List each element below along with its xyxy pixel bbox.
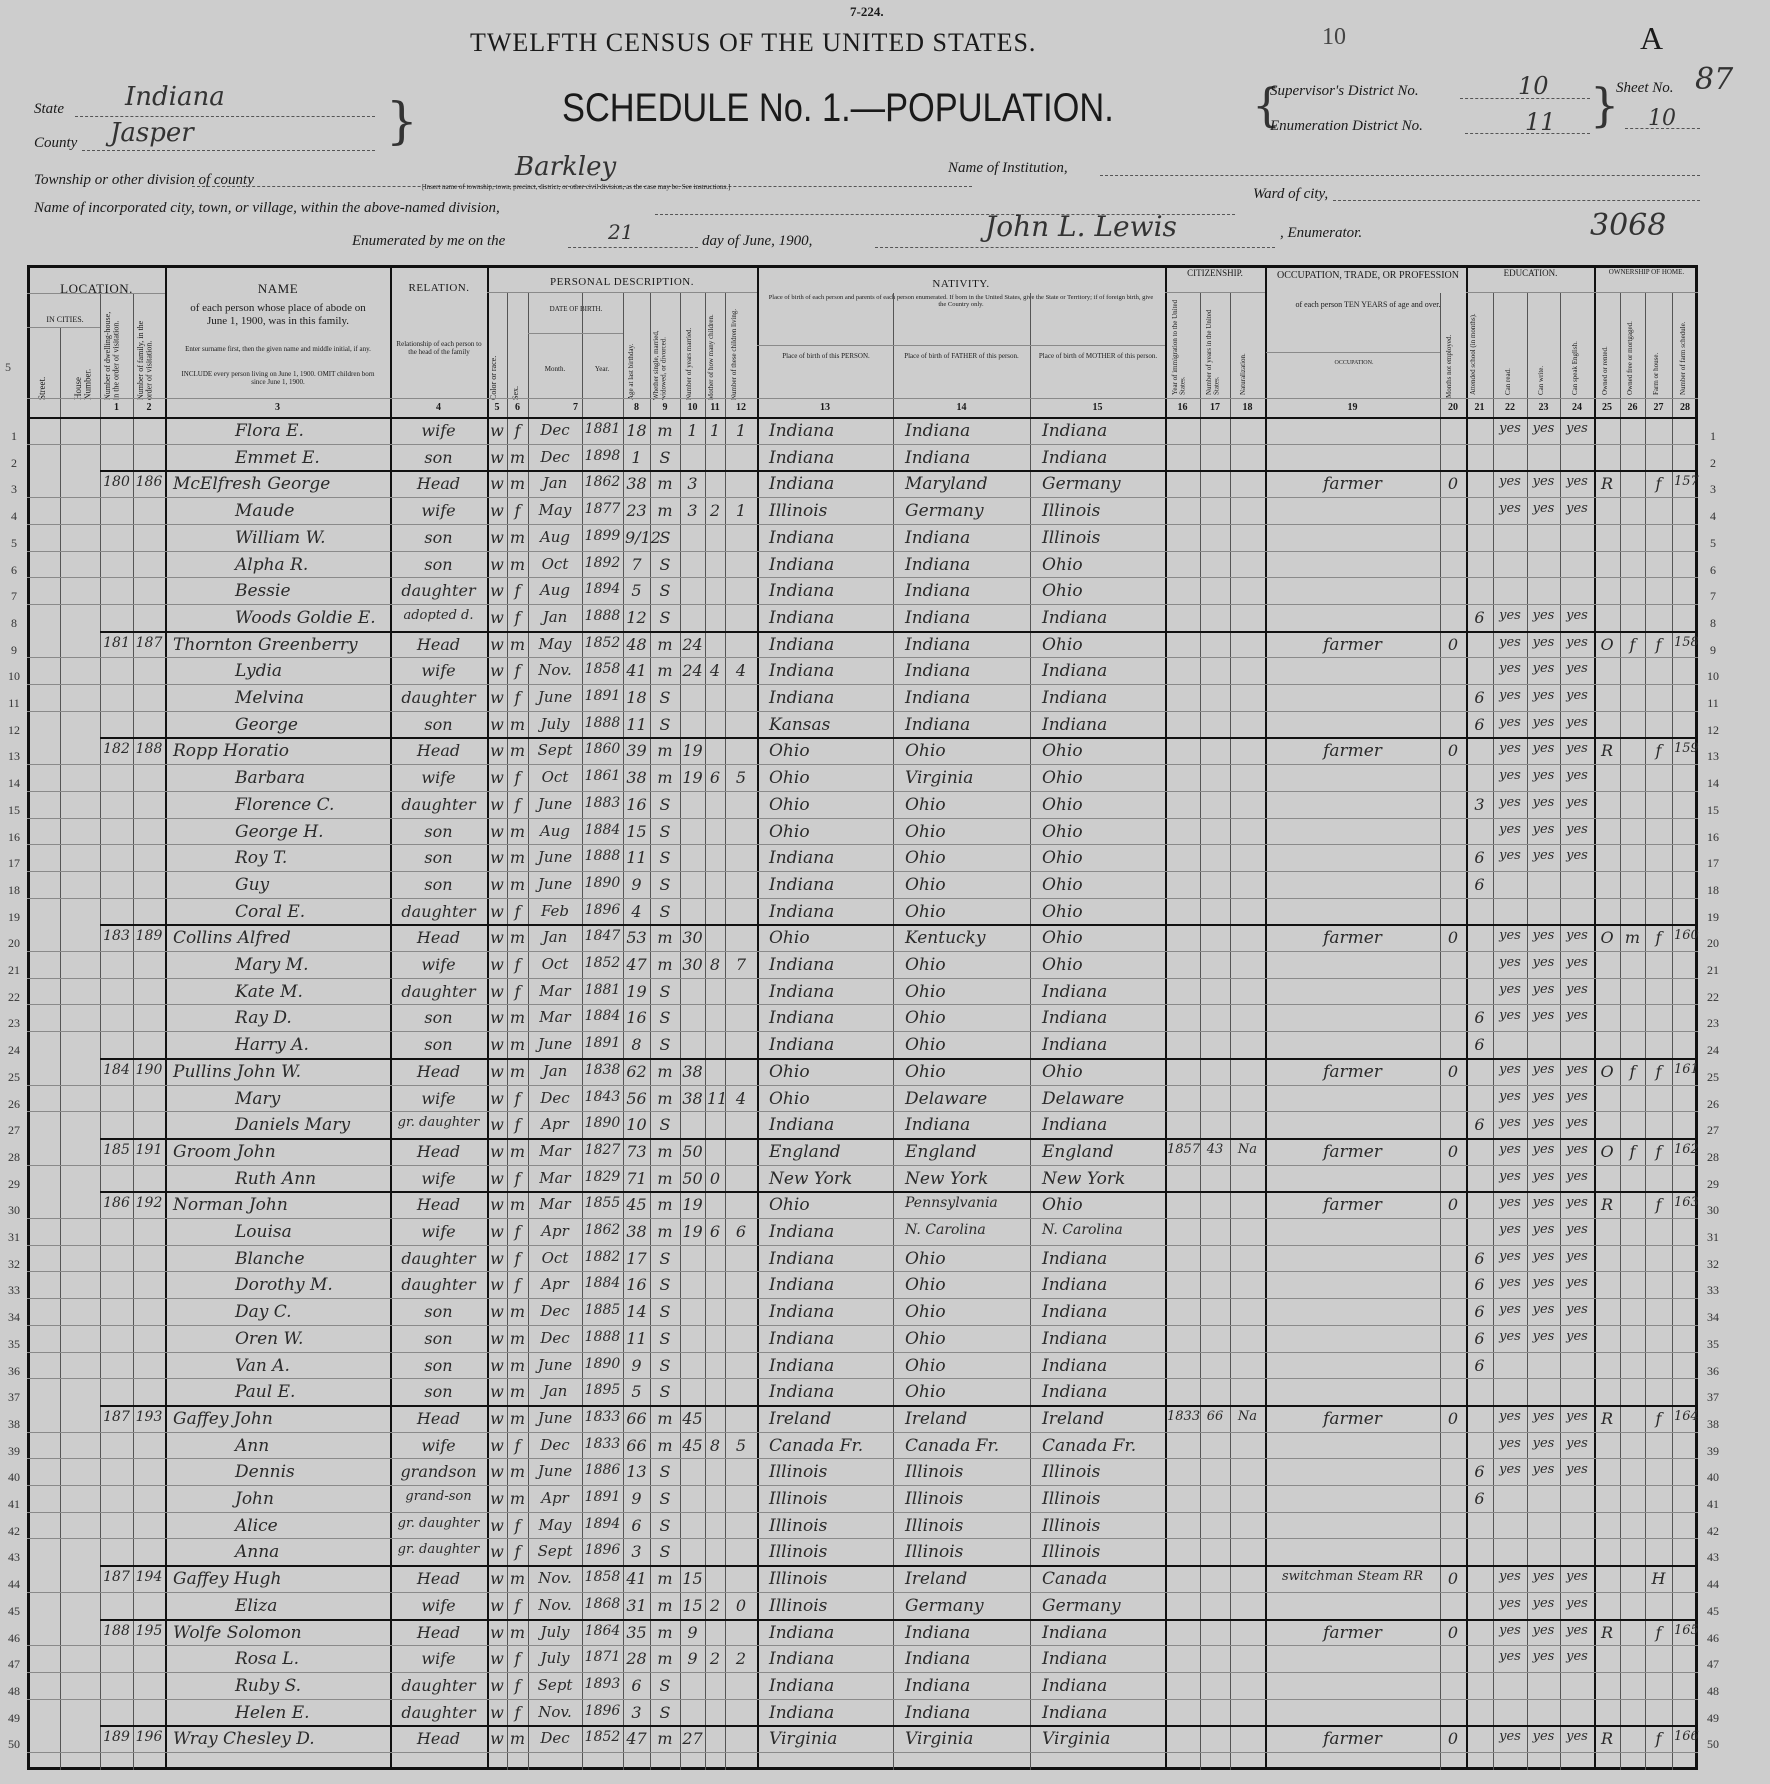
- cell-bf: Indiana: [905, 555, 1038, 575]
- cell-year: 1855: [584, 1195, 621, 1211]
- cell-sex: f: [509, 1249, 526, 1268]
- cell-color: w: [489, 1329, 505, 1348]
- cell-farm: f: [1647, 928, 1670, 947]
- hdr-relation-desc: Relationship of each person to the head …: [393, 340, 485, 356]
- cell-bp: Ohio: [769, 1089, 901, 1109]
- cell-month: Jan: [530, 1382, 580, 1400]
- cell-bp: Indiana: [769, 982, 901, 1002]
- cell-color: w: [489, 982, 505, 1001]
- cell-sched: 159: [1674, 741, 1696, 756]
- cell-bp: Indiana: [769, 528, 901, 548]
- cell-write: yes: [1529, 661, 1558, 676]
- cell-year: 1861: [584, 768, 621, 784]
- cell-age: 11: [625, 1329, 648, 1348]
- cell-sex: f: [509, 1089, 526, 1108]
- cell-read: yes: [1495, 1222, 1525, 1237]
- cell-bp: Ohio: [769, 768, 901, 788]
- cell-age: 17: [625, 1249, 648, 1268]
- cell-read: yes: [1495, 741, 1525, 756]
- cell-rel: gr. daughter: [392, 1542, 485, 1557]
- cell-occ: farmer: [1267, 1062, 1438, 1082]
- cell-month: Dec: [530, 421, 580, 439]
- row-number-left: 1: [4, 429, 24, 444]
- cell-own: O: [1596, 1062, 1618, 1081]
- cell-bm: Indiana: [1042, 1008, 1173, 1028]
- cell-bf: Ohio: [905, 1062, 1038, 1082]
- cell-bf: Ohio: [905, 1302, 1038, 1322]
- cell-sch: 6: [1468, 1035, 1491, 1054]
- stamp-number: 10: [1322, 24, 1346, 51]
- cell-dw: 182: [102, 741, 131, 757]
- header-divider: [27, 398, 1698, 399]
- cell-ym: 27: [682, 1729, 703, 1748]
- hdr-years-married: Number of years married.: [686, 305, 693, 400]
- cell-mother: 8: [707, 955, 723, 974]
- county-underline: [82, 150, 375, 151]
- cell-bm: Ohio: [1042, 1062, 1173, 1082]
- cell-mar: S: [652, 1008, 678, 1027]
- cell-color: w: [489, 474, 505, 493]
- cell-month: Nov.: [530, 1596, 580, 1614]
- cell-mar: S: [652, 1356, 678, 1375]
- cell-bm: Indiana: [1042, 982, 1173, 1002]
- cell-mne: 0: [1442, 741, 1464, 760]
- cell-bf: Kentucky: [905, 928, 1038, 948]
- cell-color: w: [489, 421, 505, 440]
- cell-age: 5: [625, 581, 648, 600]
- cell-color: w: [489, 1516, 505, 1535]
- cell-bf: Indiana: [905, 448, 1038, 468]
- cell-sex: m: [509, 875, 526, 894]
- cell-color: w: [489, 501, 505, 520]
- cell-name: Collins Alfred: [173, 928, 388, 948]
- sheet-letter: A: [1640, 20, 1663, 57]
- brace: }: [386, 92, 418, 150]
- cell-age: 13: [625, 1462, 648, 1481]
- cell-write: yes: [1529, 982, 1558, 997]
- cell-eng: yes: [1562, 768, 1592, 783]
- cell-bm: N. Carolina: [1042, 1222, 1173, 1238]
- cell-bp: Indiana: [769, 474, 901, 494]
- cell-sex: m: [509, 822, 526, 841]
- cell-rel: Head: [392, 1569, 485, 1588]
- row-divider: [27, 1485, 1698, 1486]
- cell-mother: 1: [707, 421, 723, 440]
- cell-sex: f: [509, 1222, 526, 1241]
- cell-month: Sept: [530, 741, 580, 759]
- cell-bp: Indiana: [769, 608, 901, 628]
- cell-bp: Canada Fr.: [769, 1436, 901, 1456]
- column-number: 10: [680, 402, 705, 413]
- cell-name: Ropp Horatio: [173, 741, 388, 761]
- cell-bf: Delaware: [905, 1089, 1038, 1109]
- cell-occ: farmer: [1267, 1195, 1438, 1215]
- cell-farm: f: [1647, 741, 1670, 760]
- cell-color: w: [489, 581, 505, 600]
- cell-read: yes: [1495, 1436, 1525, 1451]
- cell-year: 1894: [584, 581, 621, 597]
- cell-month: July: [530, 1623, 580, 1641]
- cell-write: yes: [1529, 1008, 1558, 1023]
- cell-bf: Indiana: [905, 1623, 1038, 1643]
- supervisor-value: 10: [1518, 72, 1549, 100]
- cell-month: Mar: [530, 1169, 580, 1187]
- row-number-right: 43: [1703, 1550, 1723, 1565]
- cell-read: yes: [1495, 928, 1525, 943]
- cell-eng: yes: [1562, 474, 1592, 489]
- cell-month: May: [530, 501, 580, 519]
- row-divider: [27, 1085, 1698, 1086]
- cell-color: w: [489, 1302, 505, 1321]
- cell-bf: Illinois: [905, 1489, 1038, 1509]
- cell-bp: Indiana: [769, 1649, 901, 1669]
- cell-name: Thornton Greenberry: [173, 635, 388, 655]
- cell-eng: yes: [1562, 1596, 1592, 1611]
- cell-fam: 191: [135, 1142, 163, 1158]
- cell-rel: daughter: [392, 1676, 485, 1695]
- cell-sex: m: [509, 555, 526, 574]
- cell-sex: m: [509, 928, 526, 947]
- row-number-left: 24: [4, 1043, 24, 1058]
- cell-eng: yes: [1562, 1329, 1592, 1344]
- state-underline: [75, 116, 375, 117]
- cell-farm: f: [1647, 1409, 1670, 1428]
- cell-month: Apr: [530, 1275, 580, 1293]
- cell-sch: 6: [1468, 1302, 1491, 1321]
- cell-dw: 184: [102, 1062, 131, 1078]
- cell-ym: 30: [682, 955, 703, 974]
- hdr-occupation-desc: of each person TEN YEARS of age and over…: [1268, 300, 1468, 309]
- column-number: 4: [390, 402, 487, 413]
- cell-write: yes: [1529, 688, 1558, 703]
- cell-farm: f: [1647, 1142, 1670, 1161]
- cell-mar: m: [652, 1062, 678, 1081]
- cell-bp: Ohio: [769, 1195, 901, 1215]
- cell-sex: m: [509, 528, 526, 547]
- cell-sch: 6: [1468, 1329, 1491, 1348]
- hdr-can-speak-english: Can speak English.: [1572, 310, 1579, 395]
- row-number-right: 47: [1703, 1657, 1723, 1672]
- row-number-right: 20: [1703, 936, 1723, 951]
- margin-number: 3068: [1590, 208, 1666, 243]
- cell-age: 9: [625, 875, 648, 894]
- cell-mar: m: [652, 1569, 678, 1588]
- cell-bp: Indiana: [769, 1249, 901, 1269]
- cell-age: 16: [625, 1008, 648, 1027]
- cell-eng: yes: [1562, 1436, 1592, 1451]
- cell-bp: Illinois: [769, 501, 901, 521]
- cell-bm: Delaware: [1042, 1089, 1173, 1109]
- cell-mar: S: [652, 1542, 678, 1561]
- header-divider: [27, 293, 165, 294]
- cell-write: yes: [1529, 1249, 1558, 1264]
- cell-bf: Illinois: [905, 1462, 1038, 1482]
- cell-ym: 19: [682, 1195, 703, 1214]
- cell-age: 9: [625, 1356, 648, 1375]
- cell-sex: m: [509, 715, 526, 734]
- cell-eng: yes: [1562, 1249, 1592, 1264]
- cell-bm: Indiana: [1042, 715, 1173, 735]
- cell-mar: S: [652, 1302, 678, 1321]
- cell-rel: daughter: [392, 902, 485, 921]
- row-number-right: 35: [1703, 1337, 1723, 1352]
- cell-bm: Indiana: [1042, 1703, 1173, 1723]
- column-divider: [757, 265, 759, 1770]
- row-number-right: 9: [1703, 643, 1723, 658]
- cell-bf: Ohio: [905, 1382, 1038, 1402]
- row-number-right: 8: [1703, 616, 1723, 631]
- cell-month: Feb: [530, 902, 580, 920]
- row-divider: [27, 871, 1698, 872]
- row-number-left: 2: [4, 456, 24, 471]
- row-divider: [100, 1565, 1698, 1567]
- cell-mother: 8: [707, 1436, 723, 1455]
- cell-age: 12: [625, 608, 648, 627]
- county-value: Jasper: [110, 118, 194, 148]
- cell-mar: m: [652, 421, 678, 440]
- row-number-left: 28: [4, 1150, 24, 1165]
- enumerator-name: John L. Lewis: [985, 210, 1177, 243]
- cell-ym: 19: [682, 1222, 703, 1241]
- cell-rel: son: [392, 1008, 485, 1027]
- cell-read: yes: [1495, 982, 1525, 997]
- cell-color: w: [489, 741, 505, 760]
- cell-mar: m: [652, 1169, 678, 1188]
- cell-read: yes: [1495, 1089, 1525, 1104]
- township-note: [Insert name of township, town, precinct…: [422, 183, 730, 191]
- hdr-name-desc: of each person whose place of abode on J…: [180, 302, 376, 327]
- enumeration-label: Enumeration District No.: [1270, 118, 1423, 135]
- cell-sex: f: [509, 1115, 526, 1134]
- census-sheet: 7-224. TWELFTH CENSUS OF THE UNITED STAT…: [0, 0, 1770, 1784]
- cell-write: yes: [1529, 1596, 1558, 1611]
- cell-mar: m: [652, 661, 678, 680]
- cell-mar: S: [652, 795, 678, 814]
- cell-write: yes: [1529, 1169, 1558, 1184]
- header-divider: [1266, 352, 1440, 353]
- cell-color: w: [489, 1729, 505, 1748]
- cell-month: Dec: [530, 1329, 580, 1347]
- cell-mne: 0: [1442, 474, 1464, 493]
- cell-sched: 158: [1674, 635, 1696, 650]
- row-number-left: 37: [4, 1390, 24, 1405]
- cell-occ: farmer: [1267, 1142, 1438, 1162]
- cell-month: Apr: [530, 1489, 580, 1507]
- cell-fam: 188: [135, 741, 163, 757]
- cell-sex: m: [509, 1569, 526, 1588]
- cell-mne: 0: [1442, 1569, 1464, 1588]
- row-number-left: 17: [4, 856, 24, 871]
- cell-bp: Illinois: [769, 1516, 901, 1536]
- cell-year: 1833: [584, 1409, 621, 1425]
- cell-year: 1886: [584, 1462, 621, 1478]
- cell-bp: Ohio: [769, 822, 901, 842]
- row-number-left: 10: [4, 669, 24, 684]
- cell-bf: Ohio: [905, 1329, 1038, 1349]
- cell-read: yes: [1495, 688, 1525, 703]
- hdr-dwelling: Number of dwelling-house, in the order o…: [104, 305, 121, 400]
- cell-sch: 6: [1468, 1275, 1491, 1294]
- cell-farm: f: [1647, 1623, 1670, 1642]
- cell-month: July: [530, 715, 580, 733]
- cell-bm: Canada Fr.: [1042, 1436, 1173, 1456]
- cell-read: yes: [1495, 608, 1525, 623]
- cell-bp: Indiana: [769, 1676, 901, 1696]
- column-number: 21: [1466, 402, 1493, 413]
- cell-bp: New York: [769, 1169, 901, 1189]
- state-label: State: [34, 101, 64, 118]
- cell-eng: yes: [1562, 1195, 1592, 1210]
- cell-imm: 1857: [1167, 1142, 1198, 1157]
- cell-living: 7: [727, 955, 755, 974]
- cell-bp: Indiana: [769, 955, 901, 975]
- row-divider: [27, 818, 1698, 819]
- cell-sex: m: [509, 1035, 526, 1054]
- cell-sex: f: [509, 982, 526, 1001]
- cell-bp: Ohio: [769, 795, 901, 815]
- cell-year: 1852: [584, 1729, 621, 1745]
- hdr-citizenship: CITIZENSHIP.: [1165, 268, 1265, 278]
- row-number-right: 4: [1703, 509, 1723, 524]
- cell-ym: 24: [682, 635, 703, 654]
- cell-year: 1888: [584, 608, 621, 624]
- cell-own: R: [1596, 741, 1618, 760]
- cell-rel: Head: [392, 1623, 485, 1642]
- cell-bp: Illinois: [769, 1462, 901, 1482]
- cell-age: 38: [625, 1222, 648, 1241]
- cell-bf: Indiana: [905, 661, 1038, 681]
- cell-age: 62: [625, 1062, 648, 1081]
- cell-age: 66: [625, 1409, 648, 1428]
- cell-bm: Indiana: [1042, 1382, 1173, 1402]
- cell-month: Apr: [530, 1222, 580, 1240]
- row-number-right: 49: [1703, 1711, 1723, 1726]
- cell-color: w: [489, 928, 505, 947]
- cell-sex: m: [509, 1462, 526, 1481]
- cell-year: 1843: [584, 1089, 621, 1105]
- cell-occ: farmer: [1267, 635, 1438, 655]
- cell-year: 1862: [584, 474, 621, 490]
- cell-year: 1864: [584, 1623, 621, 1639]
- cell-rel: Head: [392, 1142, 485, 1161]
- cell-year: 1833: [584, 1436, 621, 1452]
- cell-sex: m: [509, 448, 526, 467]
- cell-sch: 6: [1468, 1462, 1491, 1481]
- cell-sex: m: [509, 1008, 526, 1027]
- cell-sex: f: [509, 421, 526, 440]
- cell-own: R: [1596, 1623, 1618, 1642]
- cell-mother: 2: [707, 501, 723, 520]
- cell-age: 6: [625, 1676, 648, 1695]
- column-number: 18: [1230, 402, 1265, 413]
- cell-mar: m: [652, 955, 678, 974]
- cell-bp: Indiana: [769, 581, 901, 601]
- cell-month: Dec: [530, 1302, 580, 1320]
- cell-mne: 0: [1442, 1195, 1464, 1214]
- row-divider: [100, 1138, 1698, 1140]
- cell-farm: f: [1647, 474, 1670, 493]
- cell-month: Oct: [530, 1249, 580, 1267]
- cell-sex: f: [509, 795, 526, 814]
- cell-bm: Ohio: [1042, 875, 1173, 895]
- cell-sex: m: [509, 635, 526, 654]
- cell-year: 1890: [584, 875, 621, 891]
- cell-color: w: [489, 608, 505, 627]
- row-number-right: 48: [1703, 1684, 1723, 1699]
- row-number-right: 12: [1703, 723, 1723, 738]
- row-divider: [27, 1325, 1698, 1326]
- cell-month: Mar: [530, 1142, 580, 1160]
- cell-mne: 0: [1442, 1062, 1464, 1081]
- cell-year: 1862: [584, 1222, 621, 1238]
- cell-color: w: [489, 955, 505, 974]
- cell-bf: Ireland: [905, 1569, 1038, 1589]
- state-value: Indiana: [125, 82, 225, 112]
- row-divider: [27, 844, 1698, 845]
- cell-color: w: [489, 1489, 505, 1508]
- cell-read: yes: [1495, 661, 1525, 676]
- cell-sch: 3: [1468, 795, 1491, 814]
- cell-year: 1891: [584, 1035, 621, 1051]
- cell-read: yes: [1495, 822, 1525, 837]
- cell-write: yes: [1529, 1649, 1558, 1664]
- cell-bf: Indiana: [905, 1649, 1038, 1669]
- cell-sex: f: [509, 1703, 526, 1722]
- cell-write: yes: [1529, 1569, 1558, 1584]
- hdr-relation: RELATION.: [391, 282, 487, 295]
- cell-year: 1898: [584, 448, 621, 464]
- hdr-nativity-desc: Place of birth of each person and parent…: [766, 294, 1156, 309]
- row-divider: [27, 1512, 1698, 1513]
- cell-ym: 45: [682, 1409, 703, 1428]
- cell-dw: 181: [102, 635, 131, 651]
- cell-name: Wolfe Solomon: [173, 1623, 388, 1643]
- cell-bf: Ohio: [905, 848, 1038, 868]
- enumerated-suffix: day of June, 1900,: [702, 233, 812, 250]
- header-divider: [1466, 292, 1594, 293]
- cell-bp: Indiana: [769, 448, 901, 468]
- hdr-month: Month.: [530, 365, 580, 373]
- cell-age: 41: [625, 661, 648, 680]
- row-number-left: 32: [4, 1257, 24, 1272]
- cell-sch: 6: [1468, 608, 1491, 627]
- cell-bf: Ohio: [905, 795, 1038, 815]
- cell-mar: S: [652, 1329, 678, 1348]
- cell-ym: 15: [682, 1596, 703, 1615]
- cell-age: 56: [625, 1089, 648, 1108]
- row-number-left: 39: [4, 1444, 24, 1459]
- column-divider: [165, 265, 167, 1770]
- row-divider: [100, 470, 1698, 472]
- cell-color: w: [489, 1382, 505, 1401]
- cell-bf: Indiana: [905, 635, 1038, 655]
- row-divider: [27, 1645, 1698, 1646]
- cell-month: Aug: [530, 581, 580, 599]
- hdr-nativity: NATIVITY.: [758, 278, 1164, 291]
- hdr-children-living: Number of these children living.: [731, 305, 738, 400]
- cell-rel: adopted d.: [392, 608, 485, 623]
- enumerated-prefix: Enumerated by me on the: [352, 233, 505, 250]
- cell-bm: Illinois: [1042, 1462, 1173, 1482]
- cell-rel: daughter: [392, 1275, 485, 1294]
- row-divider: [27, 764, 1698, 765]
- row-number-right: 11: [1703, 696, 1723, 711]
- margin-mark: 5: [5, 360, 11, 375]
- row-divider: [27, 1458, 1698, 1459]
- cell-age: 9: [625, 1489, 648, 1508]
- cell-color: w: [489, 1115, 505, 1134]
- row-divider: [27, 684, 1698, 685]
